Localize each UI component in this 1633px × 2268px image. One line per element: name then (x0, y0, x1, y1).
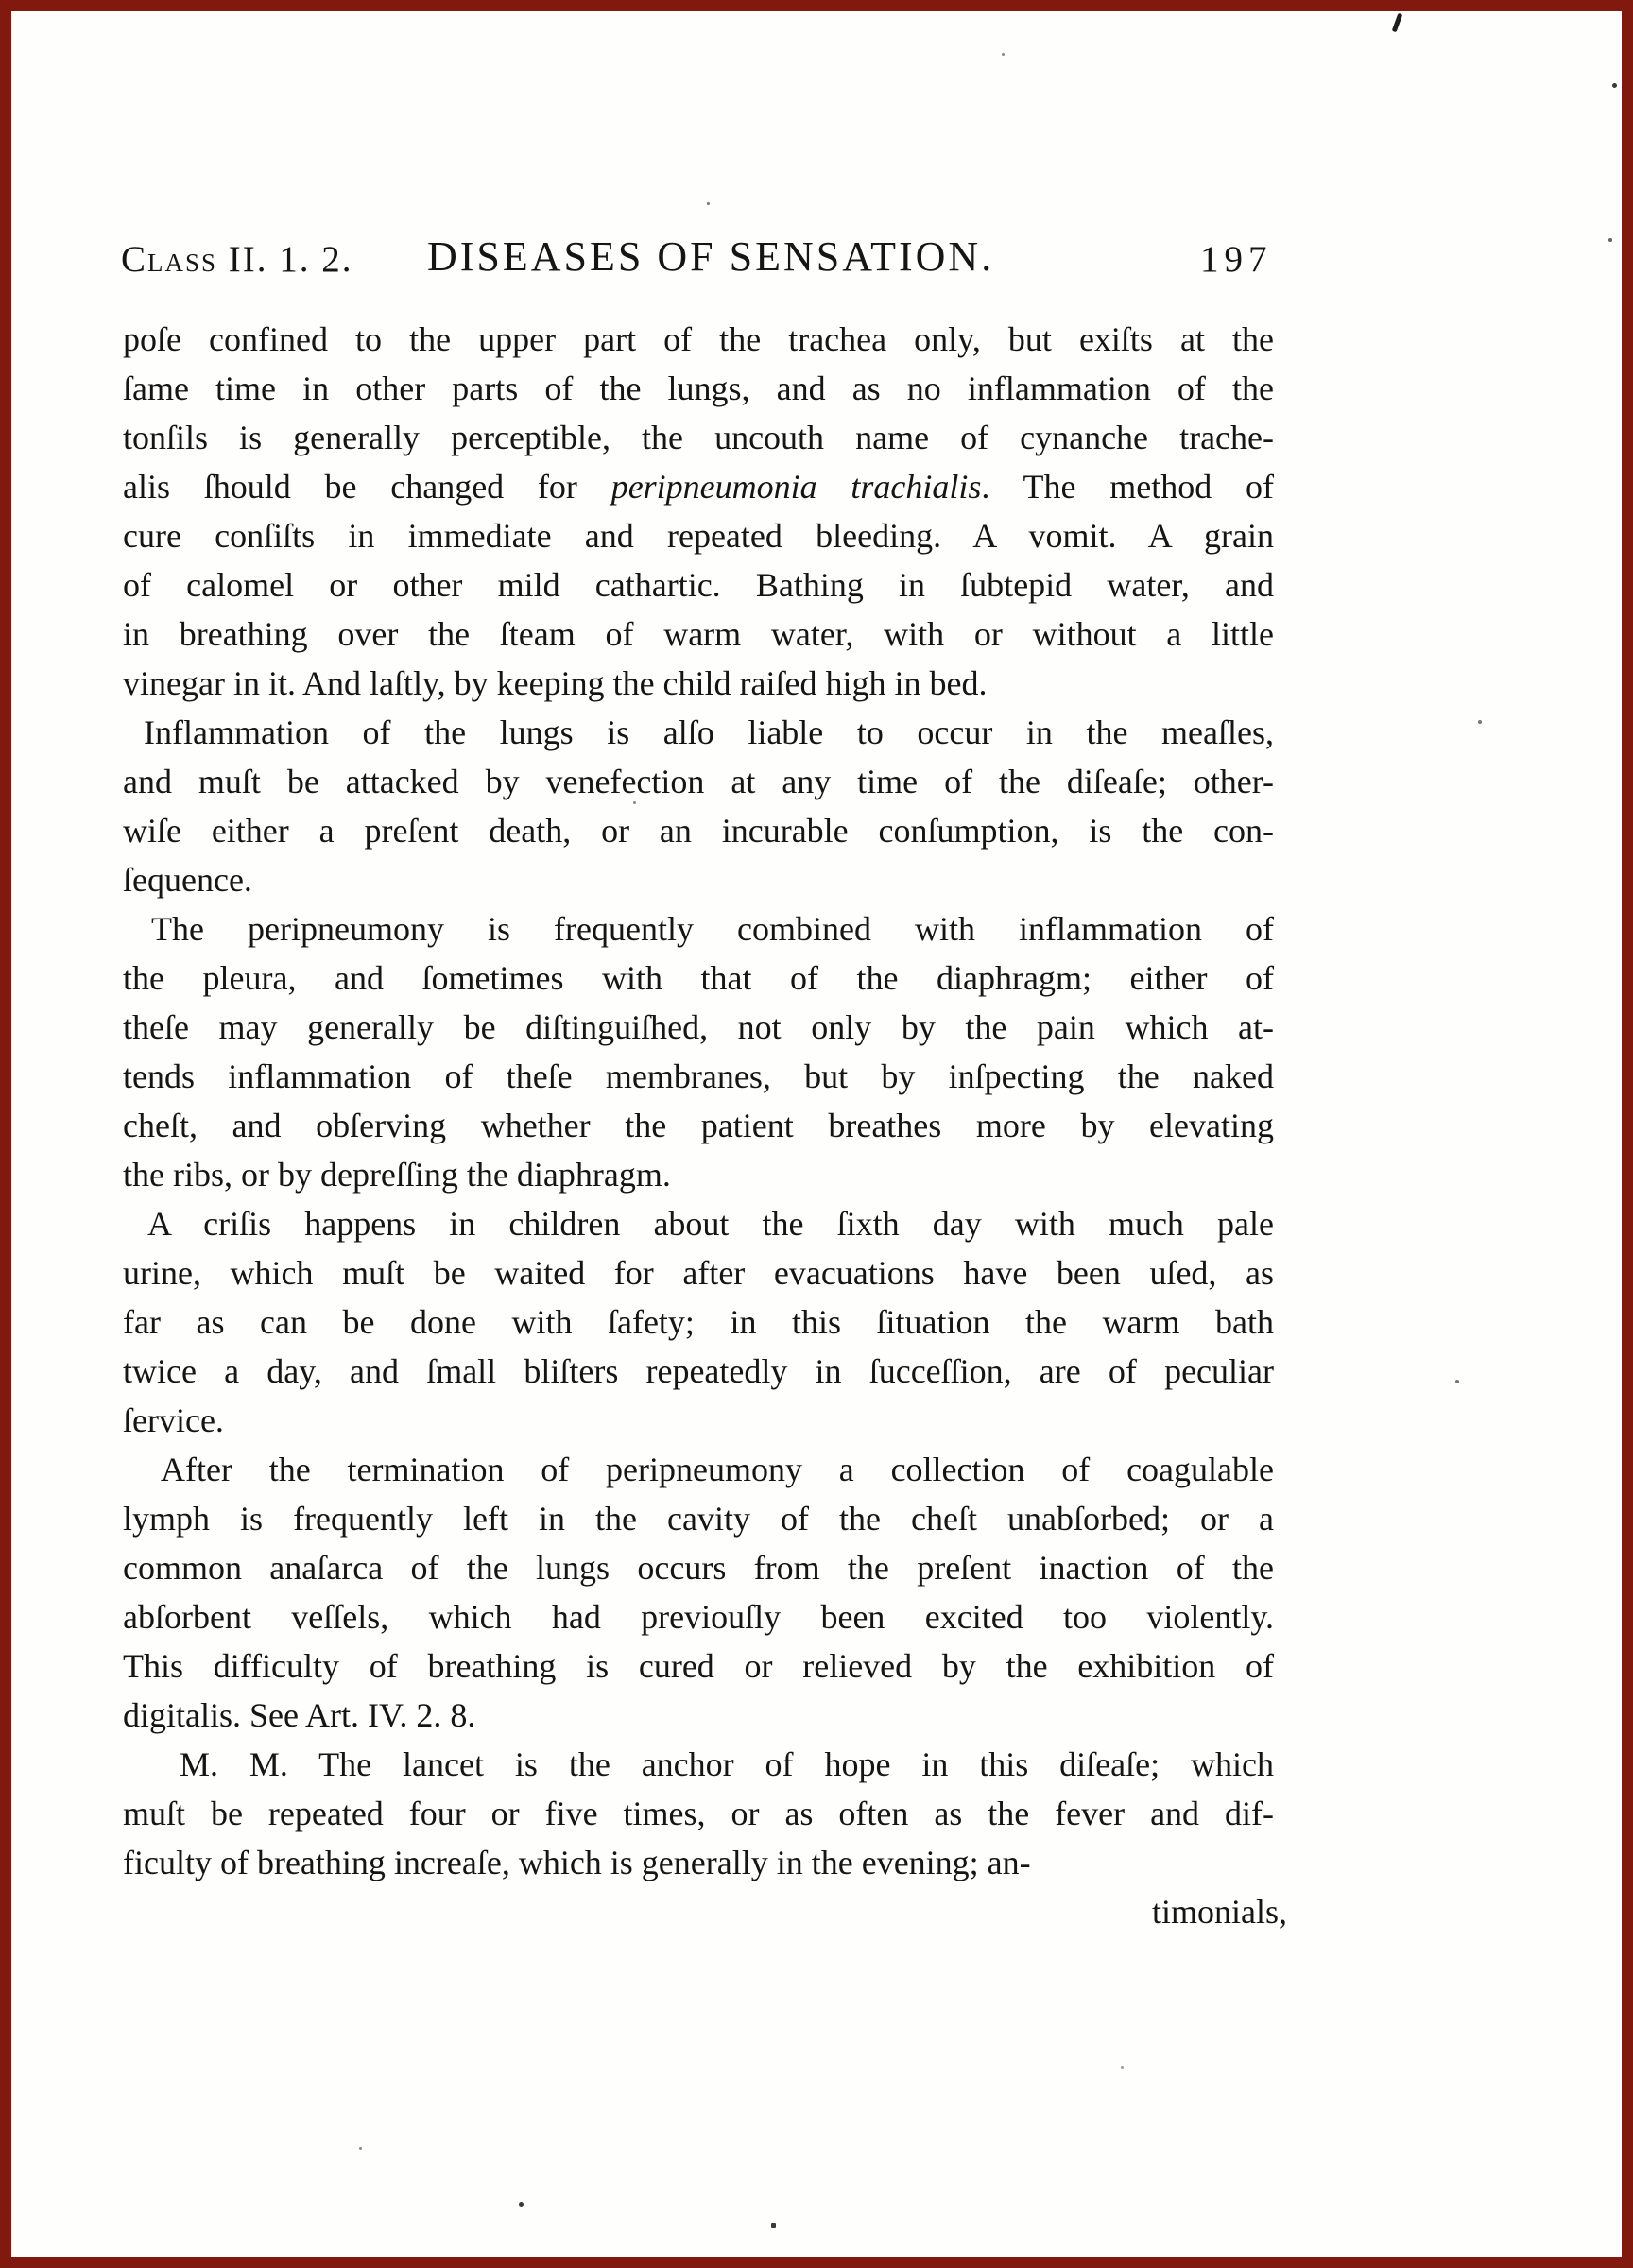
text-line: cure conſiſts in immediate and repeated … (123, 511, 1274, 560)
text-line: After the termination of peripneumony a … (123, 1445, 1274, 1494)
body-text: poſe confined to the upper part of the t… (123, 315, 1274, 1887)
text-line: in breathing over the ſteam of warm wate… (123, 610, 1274, 659)
text-line: wiſe either a preſent death, or an incur… (123, 806, 1274, 855)
catchword: timonials, (123, 1887, 1287, 1936)
text-line: and muſt be attacked by venefection at a… (123, 757, 1274, 806)
ink-speck (1455, 1380, 1459, 1383)
paragraph: poſe confined to the upper part of the t… (123, 315, 1274, 708)
ink-speck (1478, 720, 1482, 724)
text-line: alis ſhould be changed for peripneumonia… (123, 462, 1274, 511)
text-line: ſame time in other parts of the lungs, a… (123, 364, 1274, 413)
text-line: cheſt, and obſerving whether the patient… (123, 1101, 1274, 1150)
text-line: vinegar in it. And laſtly, by keeping th… (123, 659, 1274, 708)
ink-speck (359, 2147, 362, 2150)
paragraph: Inflammation of the lungs is alſo liable… (123, 708, 1274, 904)
page-number: 197 (1200, 238, 1273, 281)
book-page: Class II. 1. 2. DISEASES OF SENSATION. 1… (0, 0, 1633, 2268)
text-line: the ribs, or by depreſſing the diaphragm… (123, 1150, 1274, 1199)
ink-speck (1612, 83, 1617, 88)
paragraph: A criſis happens in children about the ſ… (123, 1199, 1274, 1445)
text-line: far as can be done with ſafety; in this … (123, 1297, 1274, 1347)
text-line: ficulty of breathing increaſe, which is … (123, 1838, 1274, 1887)
text-line: This difficulty of breathing is cured or… (123, 1641, 1274, 1691)
text-line: poſe confined to the upper part of the t… (123, 315, 1274, 364)
text-line: tends inflammation of theſe membranes, b… (123, 1052, 1274, 1101)
text-line: ſervice. (123, 1396, 1274, 1445)
text-line: M. M. The lancet is the anchor of hope i… (123, 1740, 1274, 1789)
ink-speck (633, 801, 636, 804)
ink-mark (1392, 13, 1403, 33)
text-line: A criſis happens in children about the ſ… (123, 1199, 1274, 1248)
paragraph: The peripneumony is frequently combined … (123, 904, 1274, 1199)
ink-speck (771, 2223, 776, 2228)
paragraph: M. M. The lancet is the anchor of hope i… (123, 1740, 1274, 1887)
text-line: twice a day, and ſmall bliſters repeated… (123, 1347, 1274, 1396)
ink-speck (519, 2202, 524, 2207)
text-line: The peripneumony is frequently combined … (123, 904, 1274, 954)
text-line: muſt be repeated four or five times, or … (123, 1789, 1274, 1838)
text-line: ſequence. (123, 855, 1274, 904)
text-line: theſe may generally be diſtinguiſhed, no… (123, 1003, 1274, 1052)
ink-speck (1608, 238, 1612, 242)
text-line: of calomel or other mild cathartic. Bath… (123, 560, 1274, 610)
ink-speck (1002, 53, 1005, 56)
text-line: urine, which muſt be waited for after ev… (123, 1248, 1274, 1297)
text-line: Inflammation of the lungs is alſo liable… (123, 708, 1274, 757)
header-class-label: Class II. 1. 2. (121, 238, 353, 281)
text-line: abſorbent veſſels, which had previouſly … (123, 1592, 1274, 1641)
text-line: tonſils is generally perceptible, the un… (123, 413, 1274, 462)
text-line: lymph is frequently left in the cavity o… (123, 1494, 1274, 1543)
text-line: digitalis. See Art. IV. 2. 8. (123, 1691, 1274, 1740)
ink-speck (1121, 2066, 1124, 2069)
page-title: DISEASES OF SENSATION. (427, 232, 994, 281)
text-line: the pleura, and ſometimes with that of t… (123, 954, 1274, 1003)
ink-speck (707, 202, 710, 205)
text-line: common anaſarca of the lungs occurs from… (123, 1543, 1274, 1592)
paragraph: After the termination of peripneumony a … (123, 1445, 1274, 1740)
